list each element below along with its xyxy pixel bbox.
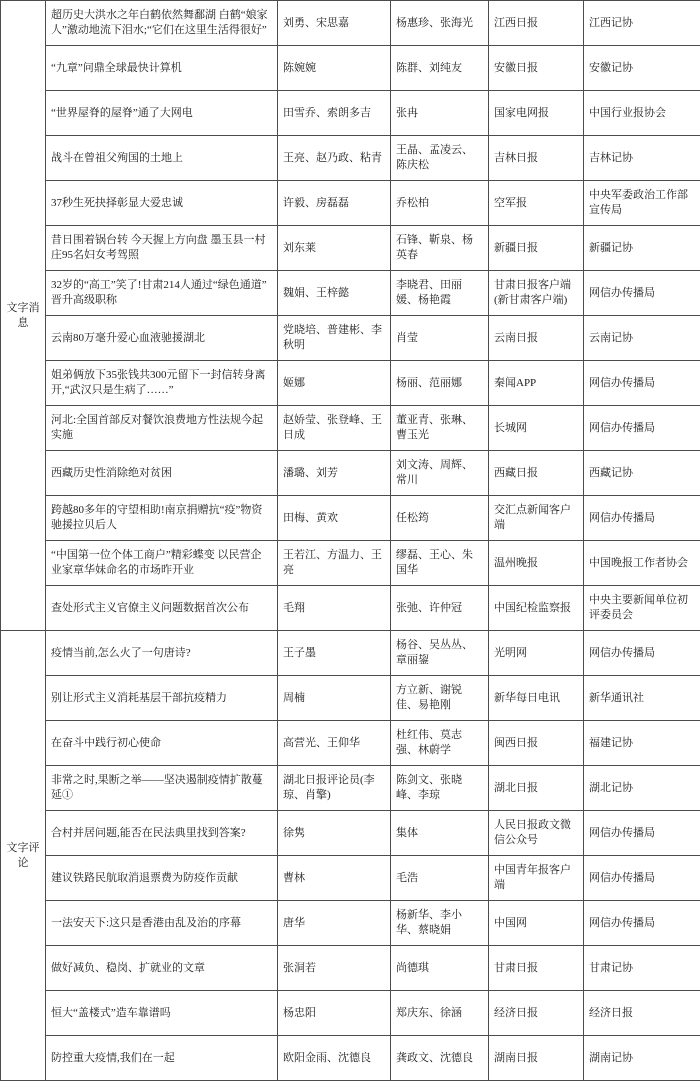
work-title-cell: 河北:全国首部反对餐饮浪费地方性法规今起实施	[46, 406, 278, 451]
editors-cell: 董亚青、张琳、曹玉光	[391, 406, 489, 451]
table-row: 昔日围着锅台转 今天握上方向盘 墨玉县一村庄95名妇女考驾照 刘东莱 石锋、靳泉…	[1, 226, 700, 271]
table-row: 在奋斗中践行初心使命 高营光、王仰华 杜红伟、莫志强、林蔚学 闽西日报 福建记协	[1, 721, 700, 766]
recommender-cell: 中央主要新闻单位初评委员会	[584, 586, 700, 631]
editors-cell: 杨谷、吴丛丛、章丽鋆	[391, 631, 489, 676]
publication-cell: 温州晚报	[489, 541, 584, 586]
authors-cell: 田梅、黄欢	[278, 496, 391, 541]
work-title-cell: 姐弟俩放下35张钱共300元留下一封信转身离开,“武汉只是生病了……”	[46, 361, 278, 406]
authors-cell: 唐华	[278, 901, 391, 946]
work-title-cell: 超历史大洪水之年白鹤依然舞鄱湖 白鹤“娘家人”激动地流下泪水;“它们在这里生活得…	[46, 1, 278, 46]
recommender-cell: 网信办传播局	[584, 271, 700, 316]
editors-cell: 陈群、刘纯友	[391, 46, 489, 91]
authors-cell: 王亮、赵乃政、粘青	[278, 136, 391, 181]
work-title-cell: 37秒生死抉择彰显大爱忠诚	[46, 181, 278, 226]
recommender-cell: 网信办传播局	[584, 901, 700, 946]
authors-cell: 张洞若	[278, 946, 391, 991]
authors-cell: 赵娇莹、张登峰、王日成	[278, 406, 391, 451]
publication-cell: 甘肃日报	[489, 946, 584, 991]
work-title-cell: 昔日围着锅台转 今天握上方向盘 墨玉县一村庄95名妇女考驾照	[46, 226, 278, 271]
authors-cell: 潘璐、刘芳	[278, 451, 391, 496]
authors-cell: 刘东莱	[278, 226, 391, 271]
publication-cell: 中国网	[489, 901, 584, 946]
awards-table-body: 文字消息超历史大洪水之年白鹤依然舞鄱湖 白鹤“娘家人”激动地流下泪水;“它们在这…	[1, 1, 700, 1081]
authors-cell: 党晓培、普建彬、李秋明	[278, 316, 391, 361]
publication-cell: 西藏日报	[489, 451, 584, 496]
publication-cell: 秦闻APP	[489, 361, 584, 406]
editors-cell: 乔松柏	[391, 181, 489, 226]
authors-cell: 姬娜	[278, 361, 391, 406]
table-row: 云南80万毫升爱心血液驰援湖北 党晓培、普建彬、李秋明 肖莹 云南日报 云南记协	[1, 316, 700, 361]
work-title-cell: “中国第一位个体工商户”精彩蝶变 以民营企业家章华妹命名的市场昨开业	[46, 541, 278, 586]
table-row: 河北:全国首部反对餐饮浪费地方性法规今起实施 赵娇莹、张登峰、王日成 董亚青、张…	[1, 406, 700, 451]
authors-cell: 湖北日报评论员(李琼、肖擎)	[278, 766, 391, 811]
work-title-cell: “世界屋脊的屋脊”通了大网电	[46, 91, 278, 136]
recommender-cell: 中国晚报工作者协会	[584, 541, 700, 586]
work-title-cell: 建议铁路民航取消退票费为防疫作贡献	[46, 856, 278, 901]
authors-cell: 刘勇、宋思嘉	[278, 1, 391, 46]
publication-cell: 经济日报	[489, 991, 584, 1036]
authors-cell: 毛翔	[278, 586, 391, 631]
publication-cell: 长城网	[489, 406, 584, 451]
table-row: “中国第一位个体工商户”精彩蝶变 以民营企业家章华妹命名的市场昨开业 王若江、方…	[1, 541, 700, 586]
table-row: 37秒生死抉择彰显大爱忠诚 许毅、房磊磊 乔松柏 空军报 中央军委政治工作部宣传…	[1, 181, 700, 226]
recommender-cell: 甘肃记协	[584, 946, 700, 991]
publication-cell: 云南日报	[489, 316, 584, 361]
editors-cell: 张弛、许仲冠	[391, 586, 489, 631]
table-row: 文字评论疫情当前,怎么火了一句唐诗? 王子墨 杨谷、吴丛丛、章丽鋆 光明网 网信…	[1, 631, 700, 676]
recommender-cell: 网信办传播局	[584, 631, 700, 676]
recommender-cell: 中国行业报协会	[584, 91, 700, 136]
publication-cell: 中国青年报客户端	[489, 856, 584, 901]
recommender-cell: 新华通讯社	[584, 676, 700, 721]
authors-cell: 欧阳金雨、沈德良	[278, 1036, 391, 1081]
work-title-cell: 在奋斗中践行初心使命	[46, 721, 278, 766]
work-title-cell: 别让形式主义消耗基层干部抗疫精力	[46, 676, 278, 721]
recommender-cell: 西藏记协	[584, 451, 700, 496]
editors-cell: 郑庆东、徐涵	[391, 991, 489, 1036]
recommender-cell: 江西记协	[584, 1, 700, 46]
table-row: 非常之时,果断之举——坚决遏制疫情扩散蔓延① 湖北日报评论员(李琼、肖擎) 陈剑…	[1, 766, 700, 811]
publication-cell: 人民日报政文微信公众号	[489, 811, 584, 856]
category-cell: 文字消息	[1, 1, 46, 631]
publication-cell: 吉林日报	[489, 136, 584, 181]
recommender-cell: 福建记协	[584, 721, 700, 766]
authors-cell: 徐隽	[278, 811, 391, 856]
authors-cell: 田雪乔、索朗多吉	[278, 91, 391, 136]
editors-cell: 方立新、谢锐佳、易艳刚	[391, 676, 489, 721]
publication-cell: 湖南日报	[489, 1036, 584, 1081]
category-cell: 文字评论	[1, 631, 46, 1081]
recommender-cell: 网信办传播局	[584, 406, 700, 451]
table-row: 跨越80多年的守望相助!南京捐赠抗“疫”物资驰援拉贝后人 田梅、黄欢 任松筠 交…	[1, 496, 700, 541]
recommender-cell: 云南记协	[584, 316, 700, 361]
recommender-cell: 中央军委政治工作部宣传局	[584, 181, 700, 226]
work-title-cell: 战斗在曾祖父殉国的土地上	[46, 136, 278, 181]
editors-cell: 杨新华、李小华、蔡晓娟	[391, 901, 489, 946]
publication-cell: 安徽日报	[489, 46, 584, 91]
authors-cell: 王若江、方温力、王亮	[278, 541, 391, 586]
table-row: 姐弟俩放下35张钱共300元留下一封信转身离开,“武汉只是生病了……” 姬娜 杨…	[1, 361, 700, 406]
table-row: 做好减负、稳岗、扩就业的文章 张洞若 尚德琪 甘肃日报 甘肃记协	[1, 946, 700, 991]
authors-cell: 曹林	[278, 856, 391, 901]
table-row: “九章”问鼎全球最快计算机 陈婉婉 陈群、刘纯友 安徽日报 安徽记协	[1, 46, 700, 91]
table-row: 西藏历史性消除绝对贫困 潘璐、刘芳 刘文涛、周辉、常川 西藏日报 西藏记协	[1, 451, 700, 496]
work-title-cell: 西藏历史性消除绝对贫困	[46, 451, 278, 496]
table-row: 合村并居问题,能否在民法典里找到答案? 徐隽 集体 人民日报政文微信公众号 网信…	[1, 811, 700, 856]
editors-cell: 缪磊、王心、朱国华	[391, 541, 489, 586]
recommender-cell: 湖北记协	[584, 766, 700, 811]
recommender-cell: 网信办传播局	[584, 496, 700, 541]
recommender-cell: 经济日报	[584, 991, 700, 1036]
table-row: 文字消息超历史大洪水之年白鹤依然舞鄱湖 白鹤“娘家人”激动地流下泪水;“它们在这…	[1, 1, 700, 46]
work-title-cell: “九章”问鼎全球最快计算机	[46, 46, 278, 91]
publication-cell: 光明网	[489, 631, 584, 676]
table-row: 别让形式主义消耗基层干部抗疫精力 周楠 方立新、谢锐佳、易艳刚 新华每日电讯 新…	[1, 676, 700, 721]
work-title-cell: 防控重大疫情,我们在一起	[46, 1036, 278, 1081]
table-row: 恒大“盖楼式”造车靠谱吗 杨忠阳 郑庆东、徐涵 经济日报 经济日报	[1, 991, 700, 1036]
authors-cell: 杨忠阳	[278, 991, 391, 1036]
editors-cell: 毛浩	[391, 856, 489, 901]
work-title-cell: 非常之时,果断之举——坚决遏制疫情扩散蔓延①	[46, 766, 278, 811]
recommender-cell: 安徽记协	[584, 46, 700, 91]
editors-cell: 杜红伟、莫志强、林蔚学	[391, 721, 489, 766]
editors-cell: 杨惠珍、张海光	[391, 1, 489, 46]
work-title-cell: 32岁的“高工”笑了!甘肃214人通过“绿色通道”晋升高级职称	[46, 271, 278, 316]
work-title-cell: 云南80万毫升爱心血液驰援湖北	[46, 316, 278, 361]
editors-cell: 肖莹	[391, 316, 489, 361]
table-row: 建议铁路民航取消退票费为防疫作贡献 曹林 毛浩 中国青年报客户端 网信办传播局	[1, 856, 700, 901]
authors-cell: 陈婉婉	[278, 46, 391, 91]
authors-cell: 魏娟、王梓懿	[278, 271, 391, 316]
table-row: 32岁的“高工”笑了!甘肃214人通过“绿色通道”晋升高级职称 魏娟、王梓懿 李…	[1, 271, 700, 316]
recommender-cell: 网信办传播局	[584, 856, 700, 901]
work-title-cell: 查处形式主义官僚主义问题数据首次公布	[46, 586, 278, 631]
publication-cell: 江西日报	[489, 1, 584, 46]
publication-cell: 新疆日报	[489, 226, 584, 271]
work-title-cell: 跨越80多年的守望相助!南京捐赠抗“疫”物资驰援拉贝后人	[46, 496, 278, 541]
recommender-cell: 网信办传播局	[584, 811, 700, 856]
recommender-cell: 吉林记协	[584, 136, 700, 181]
publication-cell: 新华每日电讯	[489, 676, 584, 721]
work-title-cell: 一法安天下:这只是香港由乱及治的序幕	[46, 901, 278, 946]
recommender-cell: 网信办传播局	[584, 361, 700, 406]
editors-cell: 王晶、孟凌云、陈庆松	[391, 136, 489, 181]
recommender-cell: 新疆记协	[584, 226, 700, 271]
editors-cell: 任松筠	[391, 496, 489, 541]
publication-cell: 闽西日报	[489, 721, 584, 766]
work-title-cell: 做好减负、稳岗、扩就业的文章	[46, 946, 278, 991]
recommender-cell: 湖南记协	[584, 1036, 700, 1081]
work-title-cell: 疫情当前,怎么火了一句唐诗?	[46, 631, 278, 676]
table-row: 战斗在曾祖父殉国的土地上 王亮、赵乃政、粘青 王晶、孟凌云、陈庆松 吉林日报 吉…	[1, 136, 700, 181]
table-row: 防控重大疫情,我们在一起 欧阳金雨、沈德良 龚政文、沈德良 湖南日报 湖南记协	[1, 1036, 700, 1081]
publication-cell: 空军报	[489, 181, 584, 226]
editors-cell: 杨丽、范丽娜	[391, 361, 489, 406]
table-row: 一法安天下:这只是香港由乱及治的序幕 唐华 杨新华、李小华、蔡晓娟 中国网 网信…	[1, 901, 700, 946]
table-row: “世界屋脊的屋脊”通了大网电 田雪乔、索朗多吉 张冉 国家电网报 中国行业报协会	[1, 91, 700, 136]
work-title-cell: 恒大“盖楼式”造车靠谱吗	[46, 991, 278, 1036]
awards-table: 文字消息超历史大洪水之年白鹤依然舞鄱湖 白鹤“娘家人”激动地流下泪水;“它们在这…	[0, 0, 700, 1081]
editors-cell: 石锋、靳泉、杨英春	[391, 226, 489, 271]
editors-cell: 张冉	[391, 91, 489, 136]
editors-cell: 李晓君、田丽媛、杨艳霞	[391, 271, 489, 316]
editors-cell: 集体	[391, 811, 489, 856]
editors-cell: 刘文涛、周辉、常川	[391, 451, 489, 496]
publication-cell: 甘肃日报客户端 (新甘肃客户端)	[489, 271, 584, 316]
editors-cell: 陈剑文、张晓峰、李琼	[391, 766, 489, 811]
publication-cell: 湖北日报	[489, 766, 584, 811]
authors-cell: 许毅、房磊磊	[278, 181, 391, 226]
publication-cell: 交汇点新闻客户端	[489, 496, 584, 541]
publication-cell: 中国纪检监察报	[489, 586, 584, 631]
work-title-cell: 合村并居问题,能否在民法典里找到答案?	[46, 811, 278, 856]
editors-cell: 龚政文、沈德良	[391, 1036, 489, 1081]
authors-cell: 王子墨	[278, 631, 391, 676]
publication-cell: 国家电网报	[489, 91, 584, 136]
authors-cell: 高营光、王仰华	[278, 721, 391, 766]
authors-cell: 周楠	[278, 676, 391, 721]
table-row: 查处形式主义官僚主义问题数据首次公布 毛翔 张弛、许仲冠 中国纪检监察报 中央主…	[1, 586, 700, 631]
editors-cell: 尚德琪	[391, 946, 489, 991]
